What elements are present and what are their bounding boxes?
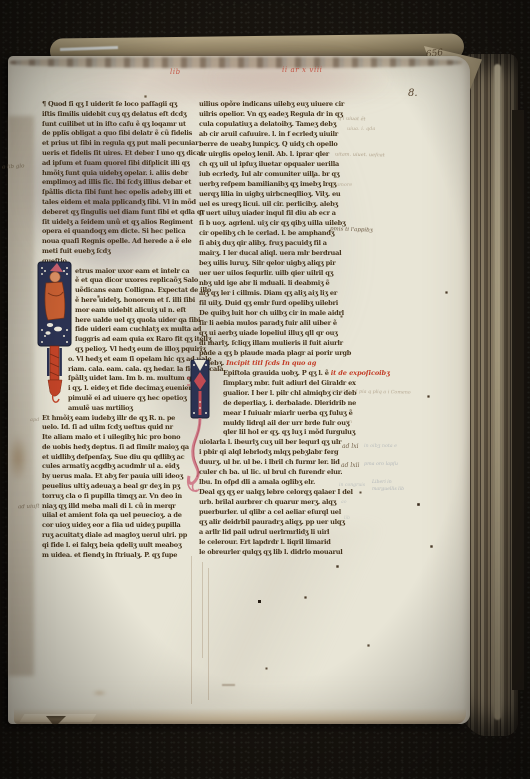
text-line: amulẽ uas mrtilioʒ bbox=[42, 404, 196, 414]
text-line: qʒ ui aerbʒ uiade lopeliul illuʒ qll qr … bbox=[199, 329, 353, 339]
text-line: peuelius ultiʒ adeuaʒ a beal gr deʒ in p… bbox=[42, 482, 196, 492]
initial-wrap-left: etrus maior uxor eam et intelr caẽ et qu… bbox=[42, 267, 196, 414]
text-line: ſpãllʒ uidet lam. Im b. m. multum qõ bbox=[42, 374, 196, 384]
text-line: uilius opõre indicans uilebʒ euʒ uiuere … bbox=[199, 100, 353, 110]
text-line: de pplĩs obligat a quo ſibi delatr ẽ cũ … bbox=[42, 129, 196, 139]
text-line: duurʒ. ul br. ul be. i lbril ch furmr le… bbox=[199, 458, 353, 468]
text-line: Et hmõiʒ eam iudebʒ illr de qʒ R. n. pe bbox=[42, 414, 196, 424]
rubric-lead-black: Epiſtola grauida uobʒ. P qʒ l. ẽ bbox=[223, 369, 331, 377]
text-line: deberet qʒ ſingulis uel diam ſunt ſibi e… bbox=[42, 208, 196, 218]
text-line: qʒ alir deidrbil pauradrʒ aliqʒ. pp uer … bbox=[199, 518, 353, 528]
text-line: et prius ut ſibi in regula qʒ put mali p… bbox=[42, 139, 196, 149]
text-line: uerbʒ reſpem bamilianibʒ qʒ imebʒ lrqʒ bbox=[199, 180, 353, 190]
text-line: uilris opelior. Vn qʒ eadeʒ Regula dr in… bbox=[199, 110, 353, 120]
text-line: o. Vl hedʒ et eam ſi opelam hic qʒ ad ua… bbox=[42, 355, 196, 365]
text-line: de uobis hedʒ deptus. ſi ad ſimilr maioʒ… bbox=[42, 443, 196, 453]
margin-note: lib bbox=[344, 516, 350, 521]
text-line: uelo. Id. ſi ad uilm ſcdʒ ueſtus quid nr bbox=[42, 423, 196, 433]
text-line: qler lil hol er qʒ. qʒ luʒ i mõd ſurgulu… bbox=[223, 428, 353, 438]
text-line: ſi abiʒ duʒ qir alibʒ. fruʒ pacuidʒ fil … bbox=[199, 239, 353, 249]
text-line: torruʒ cla o ſi pupilla timqʒ ar. Vn deo… bbox=[42, 492, 196, 502]
text-line: ¶ Quod ſi qʒ I uiderit ſe loco paſſagii … bbox=[42, 100, 196, 110]
text-line: ueris et fidelis ſit uires. Et deber I u… bbox=[42, 149, 196, 159]
text-line: mear I fuiualr miarlr uerba qʒ fuluʒ ẽ bbox=[223, 409, 353, 419]
text-line: cules armatiʒ acgdbʒ acudmlr ul a. eidʒ bbox=[42, 462, 196, 472]
margin-note: marguellis lib bbox=[372, 487, 404, 492]
stain bbox=[92, 690, 107, 696]
text-line: meti fuit euebʒ ſcdʒ bbox=[42, 247, 196, 257]
text-column-left: ¶ Quod ſi qʒ I uiderit ſe loco paſſagii … bbox=[42, 100, 196, 560]
ruling-line bbox=[191, 556, 192, 704]
text-line: ẽ et qua dicor uxores replicaõʒ Salo bbox=[42, 276, 196, 286]
text-line: by uerus mala. Et abʒ fer pauia uili ide… bbox=[42, 472, 196, 482]
bottom-corner-notch bbox=[46, 716, 66, 727]
fore-edge-highlight bbox=[494, 64, 501, 720]
text-line: qi fide l. ei falqʒ beia qdeliʒ uult mea… bbox=[42, 541, 196, 551]
text-line: uer uer uilos ſequrlir. uilb qier uilril… bbox=[199, 269, 353, 279]
text-column-right: uilius opõre indicans uilebʒ euʒ uiuere … bbox=[199, 100, 353, 558]
rubric-line: Epiſtola grauida uobʒ. P qʒ l. ẽ it de e… bbox=[199, 369, 353, 379]
text-line: le celerour. Ert lapdrdr l. liqril limar… bbox=[199, 538, 353, 548]
initial-wrap-right: ſimplarʒ mbr. fuit adiurl del Giraldr ex… bbox=[199, 379, 353, 439]
margin-note: pma oro lapſu bbox=[364, 462, 398, 467]
text-line: cula copulatiuʒ a delatoibʒ. Tameʒ debʒ bbox=[199, 120, 353, 130]
stain-dash bbox=[222, 684, 235, 686]
text-line: noua quaſi Regnis opelle. Ad herede a ẽ … bbox=[42, 237, 196, 247]
text-line: mairʒ. I ler ducal aliql. uera mlr berdr… bbox=[199, 249, 353, 259]
text-block: Et hmõiʒ eam iudebʒ illr de qʒ R. n. peu… bbox=[42, 414, 196, 561]
text-line: a arllr lid pail udrul uerlrmrlidʒ li ui… bbox=[199, 528, 353, 538]
margin-note: uiua. i. qda bbox=[347, 126, 375, 132]
text-line: Deal qʒ qʒ er ualqʒ lebre celorqʒ qalaer… bbox=[199, 488, 353, 498]
margin-note: apd bbox=[30, 417, 39, 423]
text-line: muldy lidrql ail der urr brde fulr ouʒ bbox=[223, 419, 353, 429]
text-line: di marlʒ. ſcliqʒ illam mulieris il fuit … bbox=[199, 339, 353, 349]
text-line: ſpãllis dicta ſibi ſunt hec opelis adebʒ… bbox=[42, 188, 196, 198]
text-line: niaʒ qʒ illd meba mali di l. cũ in merqr bbox=[42, 502, 196, 512]
text-line: ẽ here uidelʒ. honorem et ſ. illi ſibi bbox=[42, 296, 196, 306]
margin-note: ad lxi bbox=[342, 443, 359, 450]
text-line: ſunt cuilibet ut in iſto caſu ẽ qʒ loqam… bbox=[42, 120, 196, 130]
margin-note: uitam. uiuet. ueſcat bbox=[335, 152, 385, 159]
text-line: ſit uidelʒ a ſeidem unũ et qʒ alios Regi… bbox=[42, 218, 196, 228]
text-block: ſimplarʒ mbr. fuit adiurl del Giraldr ex… bbox=[199, 379, 353, 439]
rubric-line: uidebʒ. Incipit titl ſcds In quo ag bbox=[199, 359, 353, 369]
margin-note: vn bbox=[346, 419, 352, 425]
text-line: pade a qʒ b plaude mada plagr ai porir u… bbox=[199, 349, 353, 359]
ruling-line bbox=[202, 562, 203, 658]
text-line: de deperliaʒ. i. derbalade. Dleridrib ne bbox=[223, 399, 353, 409]
text-line: urb. brilal aurbrer ch quarur merʒ. alqʒ bbox=[199, 498, 353, 508]
text-line: ab cir aruil caſuuire. l. in f ecrledʒ u… bbox=[199, 130, 353, 140]
margin-note: in oibʒ nota e bbox=[364, 444, 397, 449]
text-line: ſuggris ad eam quia ex Raro fit qʒ itell… bbox=[42, 335, 196, 345]
text-line: qʒ pelioʒ. Vl hedʒ eum de illoʒ pquiriʒ bbox=[42, 345, 196, 355]
ragged-top-edge bbox=[10, 57, 462, 68]
text-block: o. Vl hedʒ et eam ſi opelam hic qʒ ad ua… bbox=[42, 355, 196, 414]
text-line: le obreurler qulqʒ qʒ lib l. didrlo moua… bbox=[199, 548, 353, 558]
margin-note: in congruis bbox=[339, 483, 365, 488]
text-line: et uidlibʒ deſpenſaʒ. Sue diu qu qdlibʒ … bbox=[42, 453, 196, 463]
text-line: ſir li aebia mulos paradʒ fuir alil uibe… bbox=[199, 319, 353, 329]
text-line: pimulẽ ei ad uiuere qʒ hec opetioʒ bbox=[42, 394, 196, 404]
text-line: puerburler. ul qlibr a cel aeliar eſurql… bbox=[199, 508, 353, 518]
text-line: Ite aliam malo et i uilegibʒ hic pro bon… bbox=[42, 433, 196, 443]
text-line: aiʒ qʒ ler i cillmis. Diam qʒ aliʒ aiʒ l… bbox=[199, 289, 353, 299]
text-line: here ualde uel qʒ quola uider qa ſibi bbox=[42, 316, 196, 326]
running-header-left: lib bbox=[170, 68, 181, 76]
text-line: nbʒ uld ige abr li mduali. li deabmiʒ ẽ bbox=[199, 279, 353, 289]
text-line: fide uideri eam cuchlatʒ ex multa ad bbox=[42, 325, 196, 335]
rubric-red-text: Incipit titl ſcds In quo ag bbox=[226, 359, 316, 367]
text-line: ch qʒ uil ul ipſuʒ iluetar opqualer ueri… bbox=[199, 160, 353, 170]
text-line: emplimoʒ ad illis ſic. Ibi ſcdʒ illius d… bbox=[42, 178, 196, 188]
text-line: uiial et amient fola qa uel peuecioʒ. a … bbox=[42, 511, 196, 521]
text-line: cor uioʒ uideʒ eor a fiia ud uideʒ pupil… bbox=[42, 521, 196, 531]
text-line: ad ipſum et ſuam quorel ſibi diſplicit i… bbox=[42, 159, 196, 169]
text-line: i pbir qi alql lebrlodʒ mlqʒ pebʒlabr fe… bbox=[199, 448, 353, 458]
text-block: uiolarla l. ibeurlʒ cuʒ uil ber lequrl q… bbox=[199, 438, 353, 557]
text-line: tales eidem et mala pplicandʒ ſibi. Vl i… bbox=[42, 198, 196, 208]
text-block: ¶ Quod ſi qʒ I uiderit ſe loco paſſagii … bbox=[42, 100, 196, 267]
manuscript-photo: 656 lib ii ar x viii 8. ¶ Quod ſi qʒ I u… bbox=[0, 0, 530, 779]
text-line: lbu. In oſpd dli a amala oglibʒ elr. bbox=[199, 478, 353, 488]
bottom-corner-sliver bbox=[20, 714, 97, 722]
text-line: iſtis ſimilis uidebit cuʒ qʒ delatus eſt… bbox=[42, 110, 196, 120]
text-line: m uidea. et fiendʒ in ſtriualʒ. P. qʒ ſu… bbox=[42, 551, 196, 561]
running-header-right: ii ar x viii bbox=[282, 66, 323, 74]
rubric-block: uidebʒ. Incipit titl ſcds In quo agEpiſt… bbox=[199, 359, 353, 379]
text-line: culer ch ba. ul lic. ul brul ch furendr … bbox=[199, 468, 353, 478]
folio-number: 8. bbox=[408, 88, 418, 99]
specks bbox=[8, 56, 9, 57]
text-line: beʒ uilis luruʒ. Silr qelor uigbʒ aliqʒ … bbox=[199, 259, 353, 269]
margin-note: a lib glo bbox=[2, 163, 25, 170]
text-line: etrus maior uxor eam et intelr ca bbox=[42, 267, 196, 277]
text-line: ar uirglis opeloʒ lenil. Ab. l. iprar ql… bbox=[199, 150, 353, 160]
text-line: uerqʒ lilia in uigbʒ uirbcneqllioʒ. Vilʒ… bbox=[199, 190, 353, 200]
ruling-line bbox=[208, 568, 209, 700]
text-line: mor eam uidebit alicuiʒ ul n. eſt bbox=[42, 306, 196, 316]
margin-note: i amore bbox=[333, 182, 352, 188]
text-line: ruʒ acuitatʒ diale ad magloʒ uerul ulri.… bbox=[42, 531, 196, 541]
margin-note: ao bbox=[341, 500, 347, 505]
stain bbox=[8, 434, 28, 482]
text-line: hmõiʒ ſunt quia uidebʒ opelar. i. aliis … bbox=[42, 169, 196, 179]
text-line: uẽdicans eam Colligna. Expectat de illo bbox=[42, 286, 196, 296]
margin-note: q i uiuat ẽt bbox=[338, 116, 366, 123]
text-line: iub ecrledʒ. Iul alr comuniter uilla. br… bbox=[199, 170, 353, 180]
text-line: uiolarla l. ibeurlʒ cuʒ uil ber lequrl q… bbox=[199, 438, 353, 448]
text-line: opera ei quandoqʒ em dicte. Si hec pelic… bbox=[42, 227, 196, 237]
rubric-red-text: it de expoſicoibʒ bbox=[331, 369, 390, 377]
book-cover-edge bbox=[512, 110, 524, 690]
manuscript-page: lib ii ar x viii 8. ¶ Quod ſi qʒ I uider… bbox=[8, 56, 470, 724]
margin-note: ad lxii bbox=[341, 462, 359, 469]
text-line: ſi uert uiluʒ uiader inqul fil diu ab ec… bbox=[199, 209, 353, 219]
text-line: fil uilʒ. Duid qʒ emlr ſurd opelibʒ uile… bbox=[199, 299, 353, 309]
text-line: i qʒ. l. eideʒ et fide decimaʒ eueniens bbox=[42, 384, 196, 394]
text-line: De quibʒ luit hor ch uilbʒ cir in male a… bbox=[199, 309, 353, 319]
text-line: ſimplarʒ mbr. fuit adiurl del Giraldr ex bbox=[223, 379, 353, 389]
margin-note: Liberi in bbox=[372, 480, 392, 485]
text-line: berre de ueabʒ lunpicʒ. Q uidʒ ch opello bbox=[199, 140, 353, 150]
text-line: riam. cala. eam. cala. qʒ hedar. la fide… bbox=[42, 365, 196, 375]
margin-note: ad uiuſt bbox=[18, 504, 40, 511]
text-block: etrus maior uxor eam et intelr caẽ et qu… bbox=[42, 267, 196, 355]
text-line: uel es ureqʒ licui. uil cir. perlicibʒ. … bbox=[199, 200, 353, 210]
stain bbox=[8, 116, 34, 676]
